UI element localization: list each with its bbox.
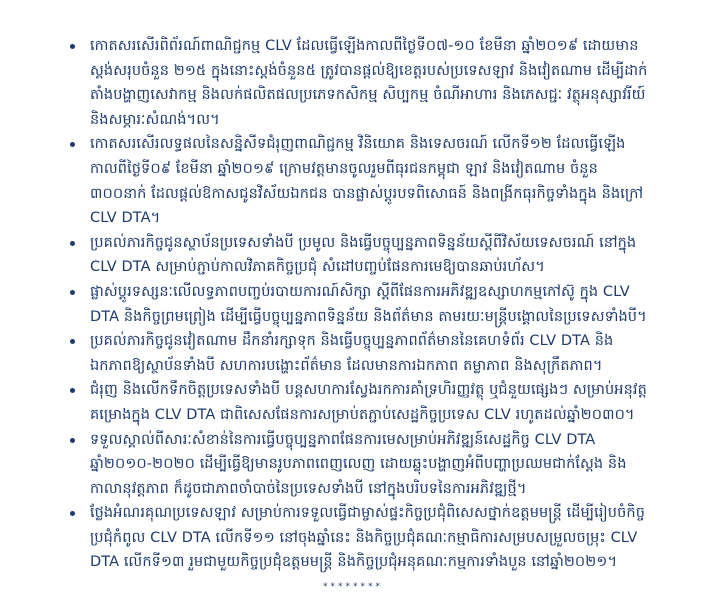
list-item: ប្រគល់ភារកិច្ចជូនវៀតណាម ដឹកនាំរក្សាទុក ន… xyxy=(68,329,658,378)
list-item: ទទួលស្គាល់ពីសារៈសំខាន់នៃការធ្វើបច្ចុប្បន… xyxy=(68,428,658,502)
bullet-icon xyxy=(70,142,75,147)
bullet-icon xyxy=(70,511,75,516)
bullet-icon xyxy=(70,388,75,393)
list-item-text: ថ្លែងអំណរគុណប្រទេសឡាវ សម្រាប់ការទទួលធ្វើ… xyxy=(90,505,645,570)
list-item: កោតសរសើរពិព័រណ៍ពាណិជ្ជកម្ម CLV ដែលធ្វើឡើ… xyxy=(68,34,658,132)
list-item-text: ទទួលស្គាល់ពីសារៈសំខាន់នៃការធ្វើបច្ចុប្បន… xyxy=(90,432,627,497)
list-item-text: ផ្លាស់ប្តូរទស្សនៈលើលទ្ធភាពបញ្ចប់របាយការណ… xyxy=(90,284,647,325)
list-item: ថ្លែងអំណរគុណប្រទេសឡាវ សម្រាប់ការទទួលធ្វើ… xyxy=(68,501,658,575)
list-item: ជំរុញ និងលើកទឹកចិត្តប្រទេសទាំងបី បន្តសហក… xyxy=(68,378,658,427)
list-item-text: កោតសរសើរពិព័រណ៍ពាណិជ្ជកម្ម CLV ដែលធ្វើឡើ… xyxy=(90,38,647,128)
bullet-icon xyxy=(70,241,75,246)
list-item: កោតសរសើរលទ្ធផលនៃសន្និសីទជំរុញពាណិជ្ជកម្ម… xyxy=(68,132,658,230)
list-item-text: កោតសរសើរលទ្ធផលនៃសន្និសីទជំរុញពាណិជ្ជកម្ម… xyxy=(90,136,643,226)
bullet-icon xyxy=(70,44,75,49)
bullet-icon xyxy=(70,290,75,295)
list-item-text: ជំរុញ និងលើកទឹកចិត្តប្រទេសទាំងបី បន្តសហក… xyxy=(90,382,647,423)
list-item: ផ្លាស់ប្តូរទស្សនៈលើលទ្ធភាពបញ្ចប់របាយការណ… xyxy=(68,280,658,329)
bullet-icon xyxy=(70,339,75,344)
section-separator: ******** xyxy=(0,582,706,592)
bullet-list: កោតសរសើរពិព័រណ៍ពាណិជ្ជកម្ម CLV ដែលធ្វើឡើ… xyxy=(68,34,658,575)
list-item: ប្រគល់ភារកិច្ចជូនស្ថាប័នប្រទេសទាំងបី ប្រ… xyxy=(68,231,658,280)
list-item-text: ប្រគល់ភារកិច្ចជូនវៀតណាម ដឹកនាំរក្សាទុក ន… xyxy=(90,333,613,374)
document-page: កោតសរសើរពិព័រណ៍ពាណិជ្ជកម្ម CLV ដែលធ្វើឡើ… xyxy=(0,0,706,597)
bullet-icon xyxy=(70,438,75,443)
list-item-text: ប្រគល់ភារកិច្ចជូនស្ថាប័នប្រទេសទាំងបី ប្រ… xyxy=(90,235,636,276)
